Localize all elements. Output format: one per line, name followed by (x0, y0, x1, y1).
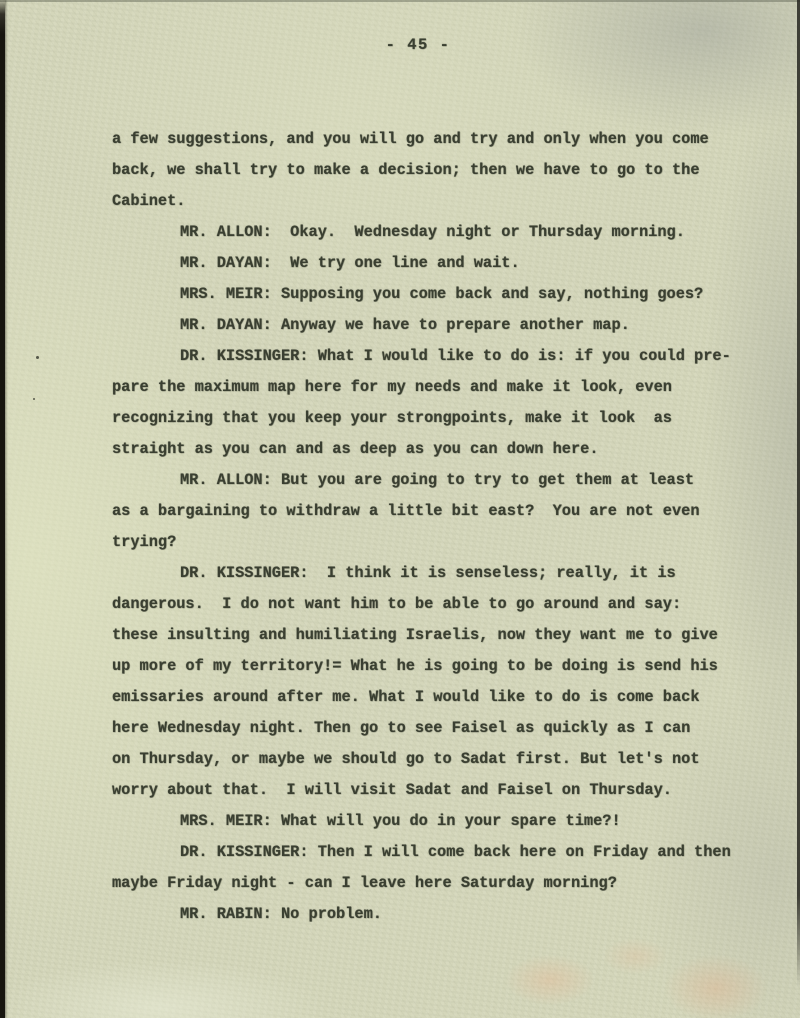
transcript-line: MR. RABIN: No problem. (112, 899, 762, 930)
transcript-line: up more of my territory!= What he is goi… (112, 651, 762, 682)
transcript-line: straight as you can and as deep as you c… (112, 434, 762, 465)
transcript-line: a few suggestions, and you will go and t… (112, 124, 762, 155)
transcript-line: back, we shall try to make a decision; t… (112, 155, 762, 186)
transcript-line: DR. KISSINGER: What I would like to do i… (112, 341, 762, 372)
transcript-line: DR. KISSINGER: I think it is senseless; … (112, 558, 762, 589)
transcript-line: maybe Friday night - can I leave here Sa… (112, 868, 762, 899)
transcript-line: MR. DAYAN: Anyway we have to prepare ano… (112, 310, 762, 341)
transcript-line: here Wednesday night. Then go to see Fai… (112, 713, 762, 744)
transcript-line: MRS. MEIR: Supposing you come back and s… (112, 279, 762, 310)
transcript-line: worry about that. I will visit Sadat and… (112, 775, 762, 806)
transcript-line: these insulting and humiliating Israelis… (112, 620, 762, 651)
scan-edge-top (0, 0, 800, 2)
transcript-line: DR. KISSINGER: Then I will come back her… (112, 837, 762, 868)
transcript-line: emissaries around after me. What I would… (112, 682, 762, 713)
scan-speck (36, 356, 39, 359)
transcript-text: a few suggestions, and you will go and t… (112, 124, 762, 930)
transcript-line: dangerous. I do not want him to be able … (112, 589, 762, 620)
scan-edge-left (0, 0, 5, 1018)
page-number: - 45 - (18, 36, 800, 54)
transcript-line: pare the maximum map here for my needs a… (112, 372, 762, 403)
transcript-line: MR. DAYAN: We try one line and wait. (112, 248, 762, 279)
transcript-line: trying? (112, 527, 762, 558)
transcript-line: MR. ALLON: But you are going to try to g… (112, 465, 762, 496)
transcript-line: as a bargaining to withdraw a little bit… (112, 496, 762, 527)
transcript-line: recognizing that you keep your strongpoi… (112, 403, 762, 434)
scanned-page: - 45 - a few suggestions, and you will g… (0, 0, 800, 1018)
transcript-line: MR. ALLON: Okay. Wednesday night or Thur… (112, 217, 762, 248)
transcript-line: MRS. MEIR: What will you do in your spar… (112, 806, 762, 837)
transcript-line: Cabinet. (112, 186, 762, 217)
scan-speck (33, 398, 35, 400)
transcript-line: on Thursday, or maybe we should go to Sa… (112, 744, 762, 775)
